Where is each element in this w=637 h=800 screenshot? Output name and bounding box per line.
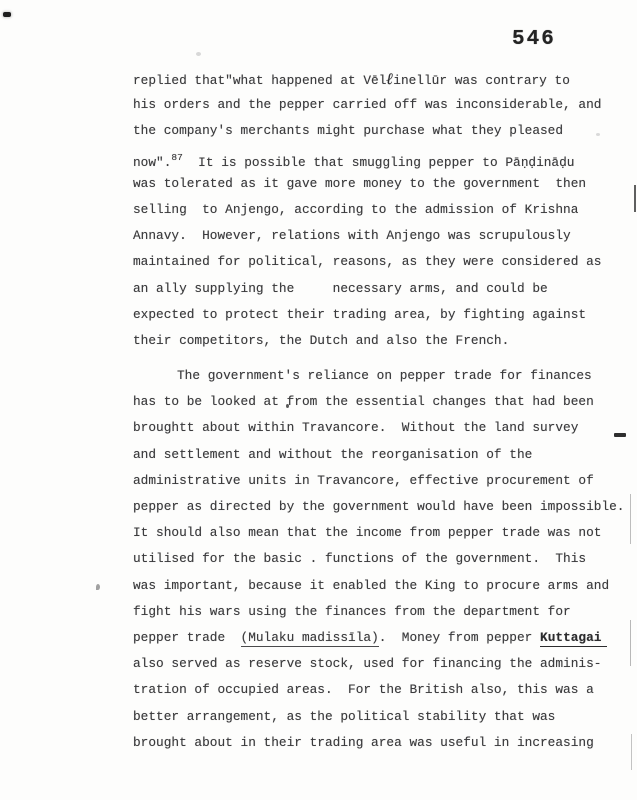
scan-artifact-edge-line (630, 620, 631, 666)
text-segment: The government's reliance on pepper trad… (177, 368, 592, 383)
text-segment: was important, because it enabled the Ki… (133, 578, 609, 593)
text-segment: brought about in their trading area was … (133, 735, 594, 750)
scan-artifact-edge-line (630, 494, 631, 544)
text-segment: broughtt about within Travancore. Withou… (133, 420, 578, 435)
text-segment: It is possible that smuggling pepper to … (183, 155, 575, 170)
text-line: pepper as directed by the government wou… (133, 494, 633, 520)
text-segment: tration of occupied areas. For the Briti… (133, 682, 594, 697)
text-line: their competitors, the Dutch and also th… (133, 328, 633, 354)
text-segment: administrative units in Travancore, effe… (133, 473, 594, 488)
text-segment: was tolerated as it gave more money to t… (133, 176, 586, 191)
text-segment: expected to protect their trading area, … (133, 307, 586, 322)
text-line: expected to protect their trading area, … (133, 302, 633, 328)
text-line: also served as reserve stock, used for f… (133, 651, 633, 677)
text-line: an ally supplying the necessary arms, an… (133, 276, 633, 302)
text-segment: an ally supplying the necessary arms, an… (133, 281, 548, 296)
scan-artifact-speck (196, 52, 201, 56)
scan-artifact-stray-dot (286, 404, 289, 408)
text-segment: . Money from pepper (379, 630, 540, 645)
text-line: his orders and the pepper carried off wa… (133, 92, 633, 118)
text-segment: It should also mean that the income from… (133, 525, 601, 540)
text-line: broughtt about within Travancore. Withou… (133, 415, 633, 441)
scan-artifact-edge-dash (614, 433, 626, 437)
text-line: tration of occupied areas. For the Briti… (133, 677, 633, 703)
underlined-term: (Mulaku madissīla) (241, 630, 379, 647)
margin-term-kuttagai: Kuttagai (540, 630, 607, 647)
text-segment: pepper trade (133, 630, 241, 645)
text-line: now".87 It is possible that smuggling pe… (133, 145, 633, 171)
text-line: fight his wars using the finances from t… (133, 599, 633, 625)
text-segment: has to be looked at from the essential c… (133, 394, 594, 409)
text-segment: maintained for political, reasons, as th… (133, 254, 601, 269)
text-segment: utilised for the basic . functions of th… (133, 551, 586, 566)
text-segment: now". (133, 155, 171, 170)
text-segment: the company's merchants might purchase w… (133, 123, 563, 138)
text-line: and settlement and without the reorganis… (133, 442, 633, 468)
text-line: administrative units in Travancore, effe… (133, 468, 633, 494)
scan-artifact-edge-line (634, 185, 636, 212)
scan-artifact-blob (3, 12, 11, 17)
text-line: utilised for the basic . functions of th… (133, 546, 633, 572)
text-line: It should also mean that the income from… (133, 520, 633, 546)
text-line: has to be looked at from the essential c… (133, 389, 633, 415)
text-line: replied that"what happened at Vēlℓinellū… (133, 66, 633, 92)
paragraph: The government's reliance on pepper trad… (133, 363, 633, 756)
text-segment: and settlement and without the reorganis… (133, 447, 532, 462)
text-line: Annavy. However, relations with Anjengo … (133, 223, 633, 249)
text-line: was tolerated as it gave more money to t… (133, 171, 633, 197)
footnote-marker: 87 (171, 152, 182, 163)
text-line: The government's reliance on pepper trad… (133, 363, 633, 389)
text-line: brought about in their trading area was … (133, 730, 633, 756)
paragraph: replied that"what happened at Vēlℓinellū… (133, 66, 633, 354)
text-segment: selling to Anjengo, according to the adm… (133, 202, 578, 217)
text-segment: their competitors, the Dutch and also th… (133, 333, 509, 348)
text-block: replied that"what happened at Vēlℓinellū… (133, 66, 633, 756)
page-number: 546 (512, 28, 556, 51)
text-line: was important, because it enabled the Ki… (133, 573, 633, 599)
text-segment: fight his wars using the finances from t… (133, 604, 571, 619)
scan-artifact-speck (596, 133, 600, 136)
text-segment: pepper as directed by the government wou… (133, 499, 624, 514)
text-segment: better arrangement, as the political sta… (133, 709, 555, 724)
scanned-page: 546 replied that"what happened at Vēlℓin… (0, 0, 637, 800)
text-line: the company's merchants might purchase w… (133, 118, 633, 144)
text-segment: replied that"what happened at Vēl (133, 73, 386, 88)
scan-artifact-margin-mark (96, 584, 100, 590)
text-line: maintained for political, reasons, as th… (133, 249, 633, 275)
text-segment: also served as reserve stock, used for f… (133, 656, 601, 671)
scan-artifact-edge-line (631, 734, 632, 770)
text-line: selling to Anjengo, according to the adm… (133, 197, 633, 223)
text-segment: his orders and the pepper carried off wa… (133, 97, 601, 112)
text-segment: Annavy. However, relations with Anjengo … (133, 228, 571, 243)
text-segment: inellūr was contrary to (393, 73, 570, 88)
text-line: better arrangement, as the political sta… (133, 704, 633, 730)
text-line: pepper trade (Mulaku madissīla). Money f… (133, 625, 633, 651)
